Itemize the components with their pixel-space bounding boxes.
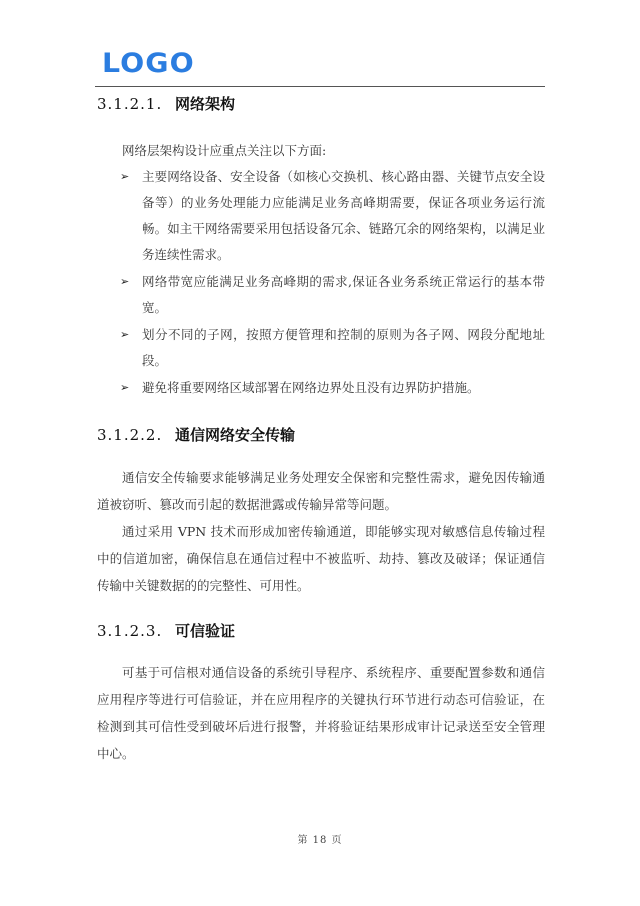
list-item-text: 主要网络设备、安全设备（如核心交换机、核心路由器、关键节点安全设备等）的业务处理… <box>142 169 545 262</box>
arrow-bullet-icon: ➢ <box>120 269 129 295</box>
section-number: 3.1.2.3. <box>97 622 162 640</box>
paragraph: 可基于可信根对通信设备的系统引导程序、系统程序、重要配置参数和通信应用程序等进行… <box>97 659 545 767</box>
page-number: 第 18 页 <box>0 831 640 846</box>
list-item: ➢ 划分不同的子网，按照方便管理和控制的原则为各子网、网段分配地址段。 <box>120 322 545 374</box>
section-heading-secure-transmission: 3.1.2.2. 通信网络安全传输 <box>97 425 295 445</box>
section-number: 3.1.2.2. <box>97 426 162 444</box>
list-item: ➢ 网络带宽应能满足业务高峰期的需求,保证各业务系统正常运行的基本带宽。 <box>120 269 545 321</box>
section-intro: 网络层架构设计应重点关注以下方面: <box>122 138 542 164</box>
arrow-bullet-icon: ➢ <box>120 375 129 401</box>
arrow-bullet-icon: ➢ <box>120 322 129 348</box>
company-logo: LOGO <box>102 50 195 78</box>
paragraph: 通信安全传输要求能够满足业务处理安全保密和完整性需求，避免因传输通道被窃听、篡改… <box>97 464 545 518</box>
list-item: ➢ 避免将重要网络区域部署在网络边界处且没有边界防护措施。 <box>120 375 545 401</box>
section-heading-network-architecture: 3.1.2.1. 网络架构 <box>97 94 235 114</box>
list-item-text: 避免将重要网络区域部署在网络边界处且没有边界防护措施。 <box>142 380 480 395</box>
list-item-text: 网络带宽应能满足业务高峰期的需求,保证各业务系统正常运行的基本带宽。 <box>142 274 545 315</box>
section-title: 可信验证 <box>175 622 235 640</box>
paragraph: 通过采用 VPN 技术而形成加密传输通道，即能够实现对敏感信息传输过程中的信道加… <box>97 518 545 599</box>
section-title: 网络架构 <box>175 95 235 113</box>
list-item: ➢ 主要网络设备、安全设备（如核心交换机、核心路由器、关键节点安全设备等）的业务… <box>120 164 545 268</box>
arrow-bullet-icon: ➢ <box>120 164 129 190</box>
section-heading-trusted-verification: 3.1.2.3. 可信验证 <box>97 621 235 641</box>
section-title: 通信网络安全传输 <box>175 426 295 444</box>
header-divider <box>95 86 545 87</box>
bullet-list: ➢ 主要网络设备、安全设备（如核心交换机、核心路由器、关键节点安全设备等）的业务… <box>120 164 545 402</box>
section-number: 3.1.2.1. <box>97 95 162 113</box>
list-item-text: 划分不同的子网，按照方便管理和控制的原则为各子网、网段分配地址段。 <box>142 327 545 368</box>
